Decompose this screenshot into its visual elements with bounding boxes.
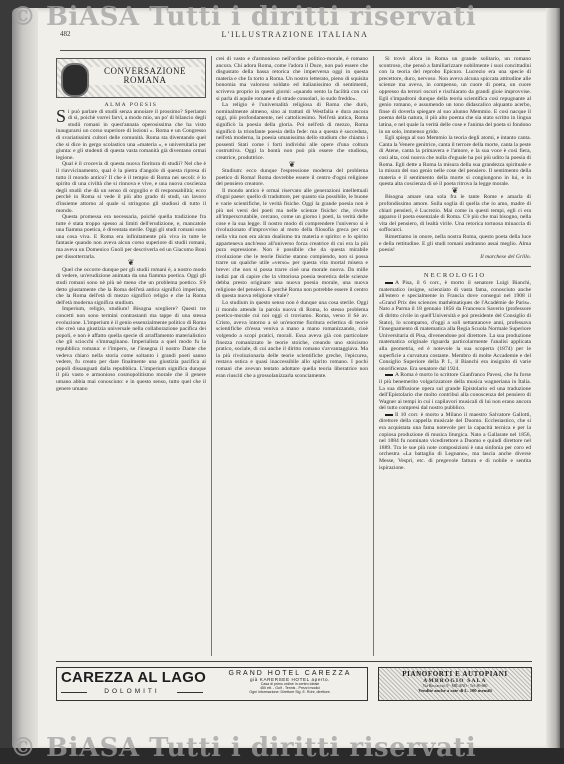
necrology-item: A Roma è morto lo scrittore Gianfranco P… xyxy=(379,372,531,412)
dash-bullet-icon xyxy=(385,282,393,284)
advertisement-strip: CAREZZA AL LAGO DOLOMITI GRAND HOTEL CAR… xyxy=(56,661,532,711)
masthead-title: CONVERSAZIONE ROMANA xyxy=(89,67,201,85)
paragraph: Studium: ecco dunque l'espressione moder… xyxy=(216,168,368,188)
ad-piano-offer: Vendite anche a rate di L. 100 mensili xyxy=(379,688,531,693)
dash-bullet-icon xyxy=(385,414,393,416)
watermark-top: © BiASA Tutti i diritti riservati xyxy=(10,2,476,32)
book-binding xyxy=(12,8,38,750)
paragraph: Questa promessa era necessaria, poichè q… xyxy=(56,214,206,260)
column-separator xyxy=(373,56,374,656)
article-column-2: crei di vasto e d'armonioso nell'ordine … xyxy=(216,56,368,656)
hotel-info: Ogni informazione: Direttore Sig. E. Roh… xyxy=(217,690,363,694)
necrology-title: NECROLOGIO xyxy=(379,273,531,280)
necrology-item: A Pisa, il 6 corr., è morto il senatore … xyxy=(379,280,531,372)
paragraph: Imperium, religio, studium! Bisogna sceg… xyxy=(56,306,206,392)
hotel-name: GRAND HOTEL CAREZZA xyxy=(217,670,363,677)
fleuron-icon: ❦ xyxy=(56,260,206,267)
page-edge xyxy=(546,8,560,750)
ad-rule xyxy=(56,661,532,662)
section-rule xyxy=(379,266,531,267)
paragraph: La religio è l'universalità religiosa di… xyxy=(216,102,368,161)
paragraph: Quel che occorre dunque per gli studii r… xyxy=(56,267,206,307)
ad-pianoforti: PIANOFORTI E AUTOPIANI AMBROGIO SALA Via… xyxy=(378,667,532,701)
header-rule xyxy=(60,50,530,51)
conversazione-romana-masthead: CONVERSAZIONE ROMANA xyxy=(56,58,206,98)
watermark-bottom: © BiASA Tutti i diritti riservati xyxy=(10,733,476,763)
article-column-1: CONVERSAZIONE ROMANA ALMA POESIS Si può … xyxy=(56,56,206,656)
column-separator xyxy=(211,56,212,656)
author-signature: Il marchese del Grillo. xyxy=(379,254,531,261)
paragraph: Lo studium in questo senso non è dunque … xyxy=(216,300,368,379)
ad-carezza-al-lago: CAREZZA AL LAGO DOLOMITI GRAND HOTEL CAR… xyxy=(56,667,368,701)
ad-piano-title: PIANOFORTI E AUTOPIANI xyxy=(379,670,531,678)
dash-bullet-icon xyxy=(385,374,393,376)
paragraph: Il mondo antico è ormai riservato alle g… xyxy=(216,188,368,300)
paragraph: Egli spiega al suo Memmio la teoria degl… xyxy=(379,135,531,188)
paragraph: crei di vasto e d'armonioso nell'ordine … xyxy=(216,56,368,102)
paragraph: Qual è il crocevia di questa nuova fiori… xyxy=(56,161,206,214)
ad-hotel-block: GRAND HOTEL CAREZZA già KARERSEE HOTEL a… xyxy=(217,670,363,694)
ad-headline: CAREZZA AL LAGO xyxy=(61,669,206,686)
necrology-item: Il 10 corr. è morto a Milano il maestro … xyxy=(379,412,531,471)
paragraph: Bisogna amare una sola fra le tante Rome… xyxy=(379,194,531,234)
drop-cap: S xyxy=(56,109,66,123)
article-column-3: Si trovò allora in Roma un grande solita… xyxy=(379,56,531,656)
paragraph: Si trovò allora in Roma un grande solita… xyxy=(379,56,531,135)
article-title: ALMA POESIS xyxy=(56,102,206,109)
ad-subline: DOLOMITI xyxy=(61,688,203,695)
fleuron-icon: ❦ xyxy=(216,162,368,169)
crest-emblem-icon xyxy=(61,63,89,97)
paragraph: Si può parlare di studii senza annoiare … xyxy=(56,109,206,162)
paragraph: Rimettiamo in onore, nella nostra Roma, … xyxy=(379,234,531,254)
